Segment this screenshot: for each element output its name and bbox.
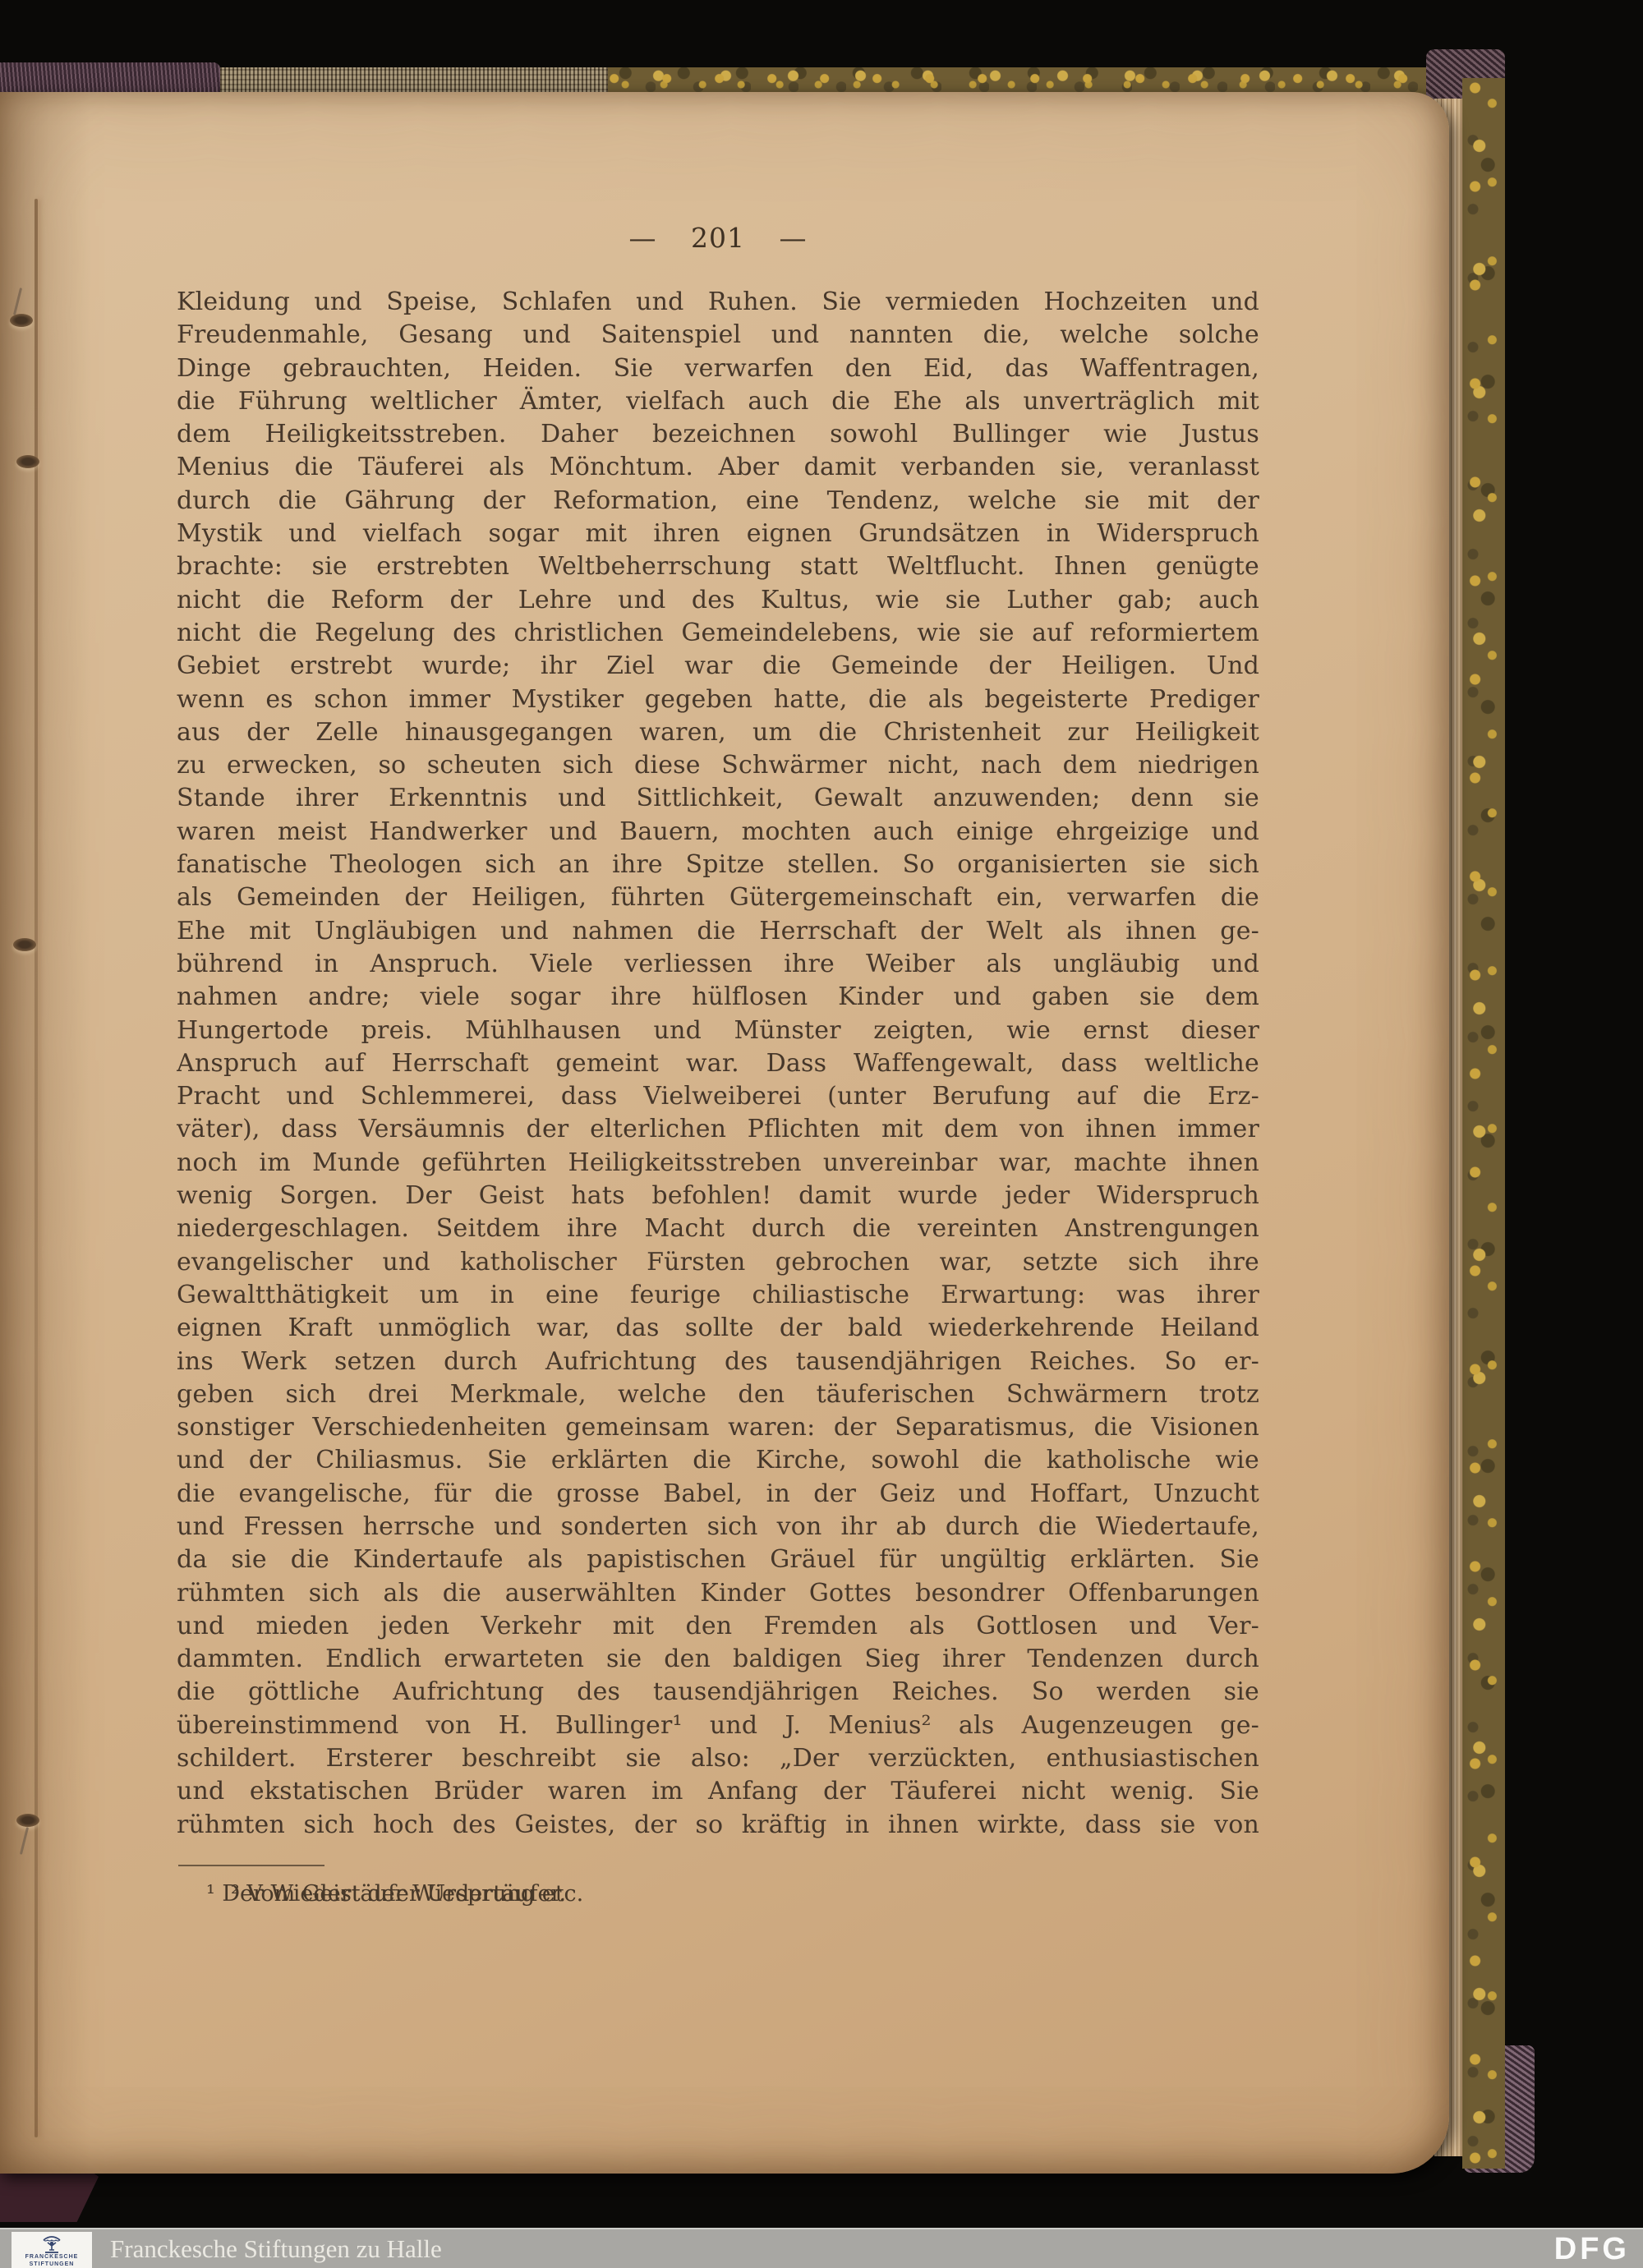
book-page: — 201 — Kleidung und Speise, Schlafen un… xyxy=(0,92,1449,2174)
text-line: brachte: sie erstrebten Weltbeherrschung… xyxy=(177,550,1259,583)
text-line: Anspruch auf Herrschaft gemeint war. Das… xyxy=(177,1047,1259,1080)
text-line: Gewaltthätigkeit um in eine feurige chil… xyxy=(177,1279,1259,1312)
library-name-label: Franckesche Stiftungen zu Halle xyxy=(110,2234,442,2264)
fore-edge-marbled-strip xyxy=(1462,78,1505,2169)
gutter-shadow xyxy=(0,92,90,2174)
francke-foundations-emblem-icon xyxy=(39,2233,65,2253)
text-line: die göttliche Aufrichtung des tausendjäh… xyxy=(177,1676,1259,1709)
text-line: nicht die Regelung des christlichen Geme… xyxy=(177,617,1259,650)
text-line: übereinstimmend von H. Bullinger¹ und J.… xyxy=(177,1709,1259,1742)
text-line: zu erwecken, so scheuten sich diese Schw… xyxy=(177,749,1259,782)
text-line: als Gemeinden der Heiligen, führten Güte… xyxy=(177,881,1259,914)
text-line: noch im Munde geführten Heiligkeitsstreb… xyxy=(177,1147,1259,1180)
text-line: rühmten sich hoch des Geistes, der so kr… xyxy=(177,1809,1259,1842)
text-line: und ekstatischen Brüder waren im Anfang … xyxy=(177,1775,1259,1808)
footnote-1: ¹ Der Wiedertäufer Ursprung etc. xyxy=(206,1879,583,1909)
text-line: Gebiet erstrebt wurde; ihr Ziel war die … xyxy=(177,650,1259,683)
text-line: Freudenmahle, Gesang und Saitenspiel und… xyxy=(177,319,1259,352)
digitization-footer-bar: FRANCKESCHE STIFTUNGEN Franckesche Stift… xyxy=(0,2228,1643,2268)
sewing-hole xyxy=(13,938,36,951)
text-line: Dinge gebrauchten, Heiden. Sie verwarfen… xyxy=(177,352,1259,385)
binding-crease xyxy=(35,199,38,2137)
book-photo: — 201 — Kleidung und Speise, Schlafen un… xyxy=(0,0,1643,2268)
sewing-hole xyxy=(16,455,39,468)
text-line: aus der Zelle hinausgegangen waren, um d… xyxy=(177,716,1259,749)
text-line: nahmen andre; viele sogar ihre hülflosen… xyxy=(177,981,1259,1014)
text-line: waren meist Handwerker und Bauern, mocht… xyxy=(177,816,1259,849)
text-line: eignen Kraft unmöglich war, das sollte d… xyxy=(177,1312,1259,1345)
text-line: evangelischer und katholischer Fürsten g… xyxy=(177,1246,1259,1279)
text-line: die Führung weltlicher Ämter, vielfach a… xyxy=(177,385,1259,418)
page-number: — 201 — xyxy=(177,222,1259,254)
text-line: fanatische Theologen sich an ihre Spitze… xyxy=(177,849,1259,881)
text-line: dammten. Endlich erwarteten sie den bald… xyxy=(177,1643,1259,1676)
top-edge-weave-texture xyxy=(220,67,608,95)
footnote-separator-rule xyxy=(178,1865,324,1866)
text-line: wenn es schon immer Mystiker gegeben hat… xyxy=(177,683,1259,716)
text-line: Kleidung und Speise, Schlafen und Ruhen.… xyxy=(177,286,1259,319)
text-line: und mieden jeden Verkehr mit den Fremden… xyxy=(177,1610,1259,1643)
text-line: Pracht und Schlemmerei, dass Vielweibere… xyxy=(177,1080,1259,1113)
dfg-logo: DFG xyxy=(1554,2232,1630,2267)
text-line: da sie die Kindertaufe als papistischen … xyxy=(177,1543,1259,1576)
logo-caption: FRANCKESCHE STIFTUNGEN xyxy=(12,2253,92,2268)
text-line: durch die Gährung der Reformation, eine … xyxy=(177,485,1259,518)
sewing-hole xyxy=(10,314,33,327)
text-line: schildert. Ersterer beschreibt sie also:… xyxy=(177,1742,1259,1775)
text-line: geben sich drei Merkmale, welche den täu… xyxy=(177,1378,1259,1411)
text-line: ins Werk setzen durch Aufrichtung des ta… xyxy=(177,1346,1259,1378)
francke-foundations-logo: FRANCKESCHE STIFTUNGEN xyxy=(12,2232,92,2268)
text-line: Stande ihrer Erkenntnis und Sittlichkeit… xyxy=(177,782,1259,815)
logo-caption-line1: FRANCKESCHE xyxy=(12,2253,92,2261)
body-text: Kleidung und Speise, Schlafen und Ruhen.… xyxy=(177,286,1259,1842)
text-line: nicht die Reform der Lehre und des Kultu… xyxy=(177,584,1259,617)
text-line: Ehe mit Ungläubigen und nahmen die Herrs… xyxy=(177,915,1259,948)
sewing-hole xyxy=(16,1814,39,1827)
text-line: dem Heiligkeitsstreben. Daher bezeichnen… xyxy=(177,418,1259,451)
footnote: ¹ Der Wiedertäufer Ursprung etc.² Vom Ge… xyxy=(177,1879,1259,1909)
text-line: niedergeschlagen. Seitdem ihre Macht dur… xyxy=(177,1212,1259,1245)
text-line: Menius die Täuferei als Mönchtum. Aber d… xyxy=(177,451,1259,484)
text-line: bührend in Anspruch. Viele verliessen ih… xyxy=(177,948,1259,981)
top-edge-marbled-band xyxy=(608,67,1444,95)
text-line: wenig Sorgen. Der Geist hats befohlen! d… xyxy=(177,1180,1259,1212)
text-line: Hungertode preis. Mühlhausen und Münster… xyxy=(177,1014,1259,1047)
logo-caption-line2: STIFTUNGEN xyxy=(12,2261,92,2268)
text-line: väter), dass Versäumnis der elterlichen … xyxy=(177,1113,1259,1146)
text-line: Mystik und vielfach sogar mit ihren eign… xyxy=(177,518,1259,550)
text-line: sonstiger Verschiedenheiten gemeinsam wa… xyxy=(177,1411,1259,1444)
text-line: und Fressen herrsche und sonderten sich … xyxy=(177,1511,1259,1543)
book-top-edge xyxy=(0,67,1444,95)
text-line: rühmten sich als die auserwählten Kinder… xyxy=(177,1577,1259,1610)
text-line: und der Chiliasmus. Sie erklärten die Ki… xyxy=(177,1444,1259,1477)
text-line: die evangelische, für die grosse Babel, … xyxy=(177,1478,1259,1511)
